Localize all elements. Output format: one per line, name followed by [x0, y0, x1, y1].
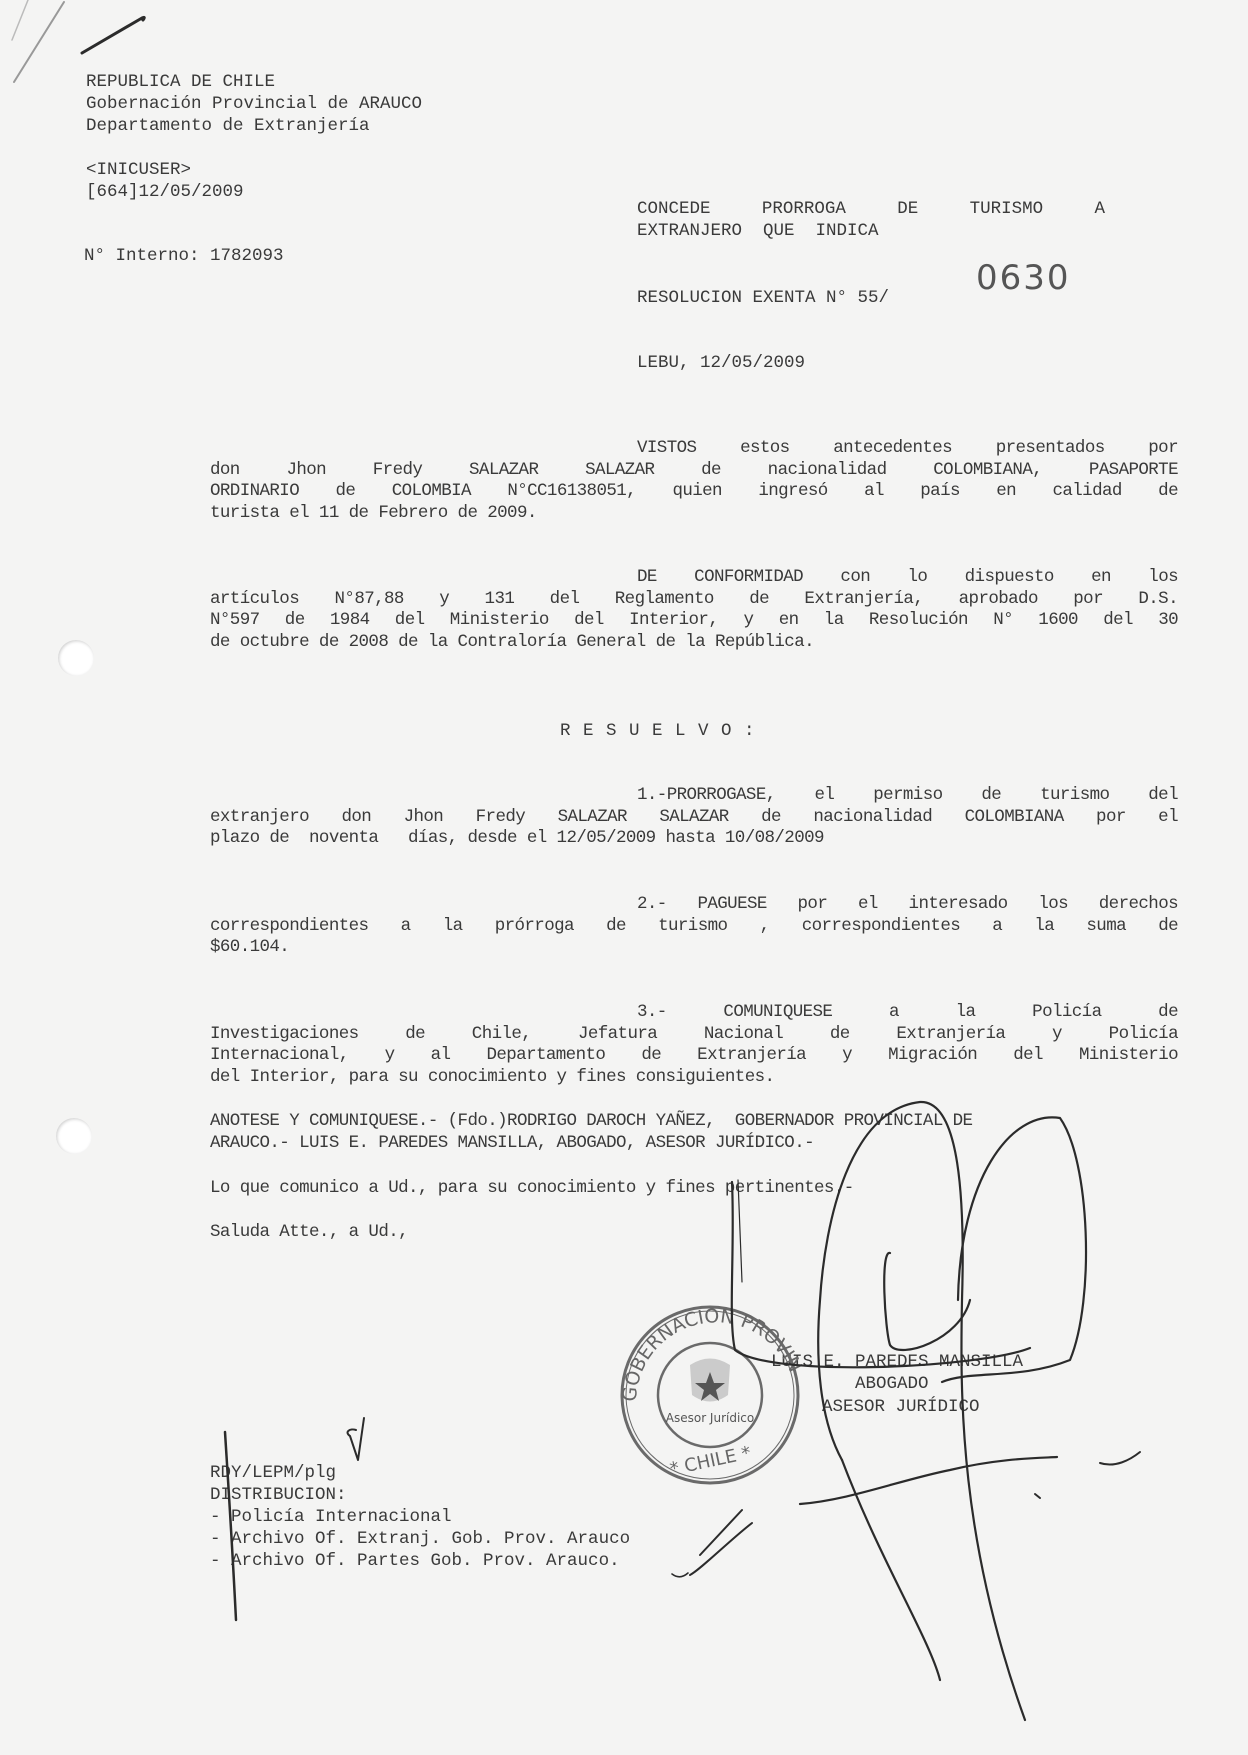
distribution-label: DISTRIBUCION:: [210, 1484, 347, 1506]
distribution-item: - Archivo Of. Extranj. Gob. Prov. Arauco: [210, 1528, 630, 1550]
resolution-item-3: 3.- COMUNIQUESE a la Policía de Investig…: [210, 1002, 1178, 1089]
text-line: ANOTESE Y COMUNIQUESE.- (Fdo.)RODRIGO DA…: [210, 1111, 1178, 1133]
hole-punch-bottom: [56, 1118, 92, 1154]
text-line: don Jhon Fredy SALAZAR SALAZAR de nacion…: [210, 460, 1178, 482]
subject-word: CONCEDE: [637, 198, 711, 220]
text-line: VISTOS estos antecedentes presentados po…: [210, 438, 1178, 460]
coat-of-arms-icon: [690, 1359, 730, 1402]
text-line: Investigaciones de Chile, Jefatura Nacio…: [210, 1024, 1178, 1046]
internal-number: N° Interno: 1782093: [84, 245, 284, 267]
paragraph-vistos: VISTOS estos antecedentes presentados po…: [210, 438, 1178, 525]
text-line: $60.104.: [210, 937, 1178, 959]
signatory-role: ASESOR JURÍDICO: [822, 1396, 980, 1418]
text-line: artículos N°87,88 y 131 del Reglamento d…: [210, 589, 1178, 611]
signatory-name: LUIS E. PAREDES MANSILLA: [771, 1351, 1023, 1373]
text-line: turista el 11 de Febrero de 2009.: [210, 503, 1178, 525]
letterhead-country: REPUBLICA DE CHILE: [86, 71, 275, 93]
letterhead-office: Gobernación Provincial de ARAUCO: [86, 93, 422, 115]
subject-word: PRORROGA: [762, 198, 846, 220]
paragraph-comunico: Lo que comunico a Ud., para su conocimie…: [210, 1178, 854, 1200]
text-line: plazo de noventa días, desde el 12/05/20…: [210, 828, 1178, 850]
text-line: ARAUCO.- LUIS E. PAREDES MANSILLA, ABOGA…: [210, 1133, 1178, 1155]
closing-salutation: Saluda Atte., a Ud.,: [210, 1222, 408, 1244]
document-page: REPUBLICA DE CHILE Gobernación Provincia…: [0, 0, 1248, 1755]
letterhead-department: Departamento de Extranjería: [86, 115, 370, 137]
text-line: de octubre de 2008 de la Contraloría Gen…: [210, 632, 1178, 654]
resolution-item-2: 2.- PAGUESE por el interesado los derech…: [210, 894, 1178, 959]
text-line: del Interior, para su conocimiento y fin…: [210, 1067, 1178, 1089]
text-line: DE CONFORMIDAD con lo dispuesto en los: [210, 567, 1178, 589]
initials-reference: RDY/LEPM/plg: [210, 1462, 336, 1484]
subject-line-2: EXTRANJERO QUE INDICA: [637, 220, 879, 242]
signatory-title: ABOGADO: [855, 1373, 929, 1395]
text-line: 3.- COMUNIQUESE a la Policía de: [210, 1002, 1178, 1024]
user-tag: <INICUSER>: [86, 159, 191, 181]
subject-word: TURISMO: [970, 198, 1044, 220]
subject-line-1: CONCEDE PRORROGA DE TURISMO A: [637, 198, 1105, 220]
text-line: 1.-PRORROGASE, el permiso de turismo del: [210, 785, 1178, 807]
text-line: ORDINARIO de COLOMBIA N°CC16138051, quie…: [210, 481, 1178, 503]
hole-punch-top: [58, 640, 94, 676]
subject-word: DE: [897, 198, 918, 220]
paragraph-anotese: ANOTESE Y COMUNIQUESE.- (Fdo.)RODRIGO DA…: [210, 1111, 1178, 1154]
distribution-item: - Policía Internacional: [210, 1506, 452, 1528]
seal-bottom-text: * CHILE *: [668, 1442, 753, 1480]
paragraph-conformidad: DE CONFORMIDAD con lo dispuesto en los a…: [210, 567, 1178, 654]
seal-center-text: Asesor Jurídico: [666, 1411, 755, 1425]
text-line: 2.- PAGUESE por el interesado los derech…: [210, 894, 1178, 916]
resolution-stamped-number: 0630: [976, 258, 1071, 298]
text-line: N°597 de 1984 del Ministerio del Interio…: [210, 610, 1178, 632]
text-line: correspondientes a la prórroga de turism…: [210, 916, 1178, 938]
distribution-item: - Archivo Of. Partes Gob. Prov. Arauco.: [210, 1550, 620, 1572]
subject-word: A: [1094, 198, 1105, 220]
resuelvo-heading: R E S U E L V O :: [560, 721, 756, 743]
place-date: LEBU, 12/05/2009: [637, 352, 805, 374]
text-line: Internacional, y al Departamento de Extr…: [210, 1045, 1178, 1067]
resolution-label: RESOLUCION EXENTA N° 55/: [637, 287, 889, 309]
resolution-item-1: 1.-PRORROGASE, el permiso de turismo del…: [210, 785, 1178, 850]
text-line: extranjero don Jhon Fredy SALAZAR SALAZA…: [210, 807, 1178, 829]
user-reference: [664]12/05/2009: [86, 181, 244, 203]
